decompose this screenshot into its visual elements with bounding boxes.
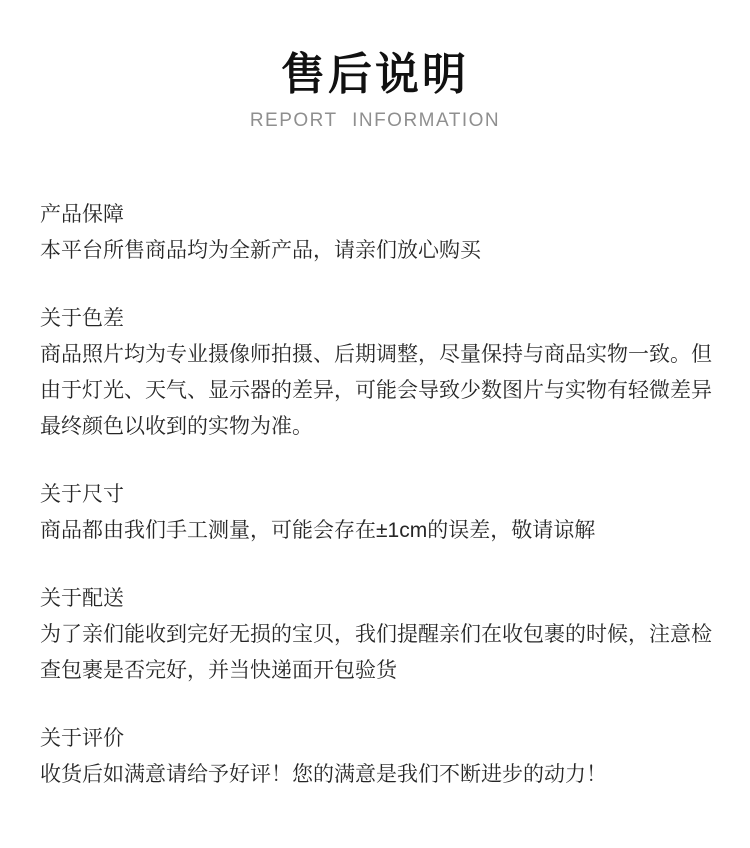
- section-heading: 关于评价: [40, 721, 720, 757]
- section-body: 商品都由我们手工测量，可能会存在±1cm的误差，敬请谅解: [40, 513, 720, 549]
- section-body: 商品照片均为专业摄像师拍摄、后期调整，尽量保持与商品实物一致。但 由于灯光、天气…: [40, 337, 720, 445]
- section-size: 关于尺寸 商品都由我们手工测量，可能会存在±1cm的误差，敬请谅解: [40, 477, 720, 549]
- section-delivery: 关于配送 为了亲们能收到完好无损的宝贝，我们提醒亲们在收包裹的时候，注意检 查包…: [40, 581, 720, 689]
- page-header: 售后说明 REPORT INFORMATION: [0, 0, 750, 133]
- page-title: 售后说明: [0, 48, 750, 102]
- section-review: 关于评价 收货后如满意请给予好评！您的满意是我们不断进步的动力！: [40, 721, 720, 793]
- section-body: 本平台所售商品均为全新产品，请亲们放心购买: [40, 233, 720, 269]
- sections-container: 产品保障 本平台所售商品均为全新产品，请亲们放心购买 关于色差 商品照片均为专业…: [0, 133, 750, 793]
- section-body: 为了亲们能收到完好无损的宝贝，我们提醒亲们在收包裹的时候，注意检 查包裹是否完好…: [40, 617, 720, 689]
- section-body: 收货后如满意请给予好评！您的满意是我们不断进步的动力！: [40, 757, 720, 793]
- section-heading: 关于配送: [40, 581, 720, 617]
- section-heading: 产品保障: [40, 197, 720, 233]
- section-heading: 关于尺寸: [40, 477, 720, 513]
- section-heading: 关于色差: [40, 301, 720, 337]
- after-sales-info-page: 售后说明 REPORT INFORMATION 产品保障 本平台所售商品均为全新…: [0, 0, 750, 848]
- page-subtitle: REPORT INFORMATION: [0, 109, 750, 133]
- section-color-difference: 关于色差 商品照片均为专业摄像师拍摄、后期调整，尽量保持与商品实物一致。但 由于…: [40, 301, 720, 445]
- section-product-guarantee: 产品保障 本平台所售商品均为全新产品，请亲们放心购买: [40, 197, 720, 269]
